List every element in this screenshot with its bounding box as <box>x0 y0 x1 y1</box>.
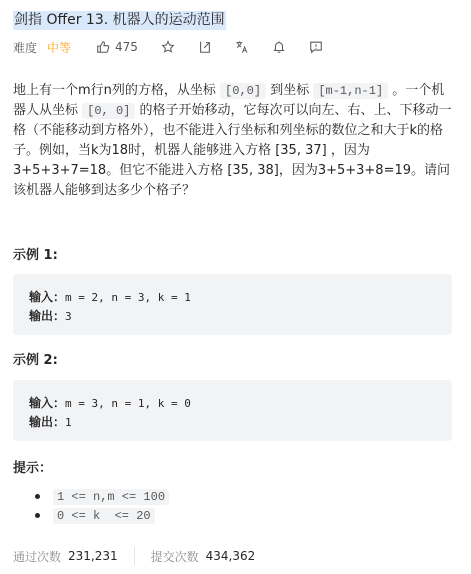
inline-code: [0, 0] <box>82 103 135 119</box>
description-text: 地上有一个m行n列的方格，从坐标 <box>13 83 220 98</box>
accepted-count: 231,231 <box>68 549 118 563</box>
output-value: 3 <box>65 310 72 323</box>
example-2-input-line: 输入：m = 3, n = 1, k = 0 <box>29 394 436 413</box>
favorite-button[interactable] <box>161 40 175 54</box>
share-icon <box>198 40 212 54</box>
subscribe-button[interactable] <box>272 40 286 54</box>
feedback-icon <box>309 40 323 54</box>
submissions-count: 434,362 <box>206 549 256 563</box>
example-2-output-line: 输出：1 <box>29 413 436 432</box>
submission-stats: 通过次数 231,231 提交次数 434,362 <box>13 547 255 565</box>
problem-page: 剑指 Offer 13. 机器人的运动范围 难度 中等 475 <box>0 0 471 574</box>
output-value: 1 <box>65 416 72 429</box>
problem-title: 剑指 Offer 13. 机器人的运动范围 <box>13 11 226 30</box>
example-2-title: 示例 2: <box>13 349 58 368</box>
problem-meta-row: 难度 中等 475 <box>13 38 346 56</box>
hint-item: 0 <= k <= 20 <box>36 506 169 525</box>
difficulty-badge: 中等 <box>47 39 71 56</box>
hint-code: 0 <= k <= 20 <box>53 508 155 524</box>
translate-icon <box>235 40 249 54</box>
output-label: 输出： <box>29 309 65 323</box>
accepted-label: 通过次数 <box>13 548 61 565</box>
inline-code: [0,0] <box>220 83 266 99</box>
star-icon <box>161 40 175 54</box>
share-button[interactable] <box>198 40 212 54</box>
hints-title: 提示： <box>13 457 52 476</box>
submissions-label: 提交次数 <box>151 548 199 565</box>
problem-description: 地上有一个m行n列的方格，从坐标 [0,0] 到坐标 [m-1,n-1] 。一个… <box>13 81 453 201</box>
input-value: m = 3, n = 1, k = 0 <box>65 397 191 410</box>
input-label: 输入： <box>29 290 65 304</box>
example-1-output-line: 输出：3 <box>29 307 436 326</box>
thumbs-up-icon <box>96 40 110 54</box>
example-1-input-line: 输入：m = 2, n = 3, k = 1 <box>29 288 436 307</box>
example-1-title: 示例 1: <box>13 244 58 263</box>
input-value: m = 2, n = 3, k = 1 <box>65 291 191 304</box>
inline-code: [m-1,n-1] <box>313 83 388 99</box>
description-text: 到坐标 <box>266 83 313 98</box>
input-label: 输入： <box>29 396 65 410</box>
hint-item: 1 <= n,m <= 100 <box>36 487 169 506</box>
hint-code: 1 <= n,m <= 100 <box>53 489 169 505</box>
bell-icon <box>272 40 286 54</box>
translate-button[interactable] <box>235 40 249 54</box>
like-count: 475 <box>115 40 138 54</box>
difficulty-label: 难度 <box>13 39 37 56</box>
example-2-block: 输入：m = 3, n = 1, k = 0 输出：1 <box>13 380 452 441</box>
example-1-block: 输入：m = 2, n = 3, k = 1 输出：3 <box>13 274 452 335</box>
stats-divider <box>134 547 135 565</box>
like-button[interactable]: 475 <box>96 40 138 54</box>
hints-list: 1 <= n,m <= 100 0 <= k <= 20 <box>36 487 169 525</box>
output-label: 输出： <box>29 415 65 429</box>
feedback-button[interactable] <box>309 40 323 54</box>
